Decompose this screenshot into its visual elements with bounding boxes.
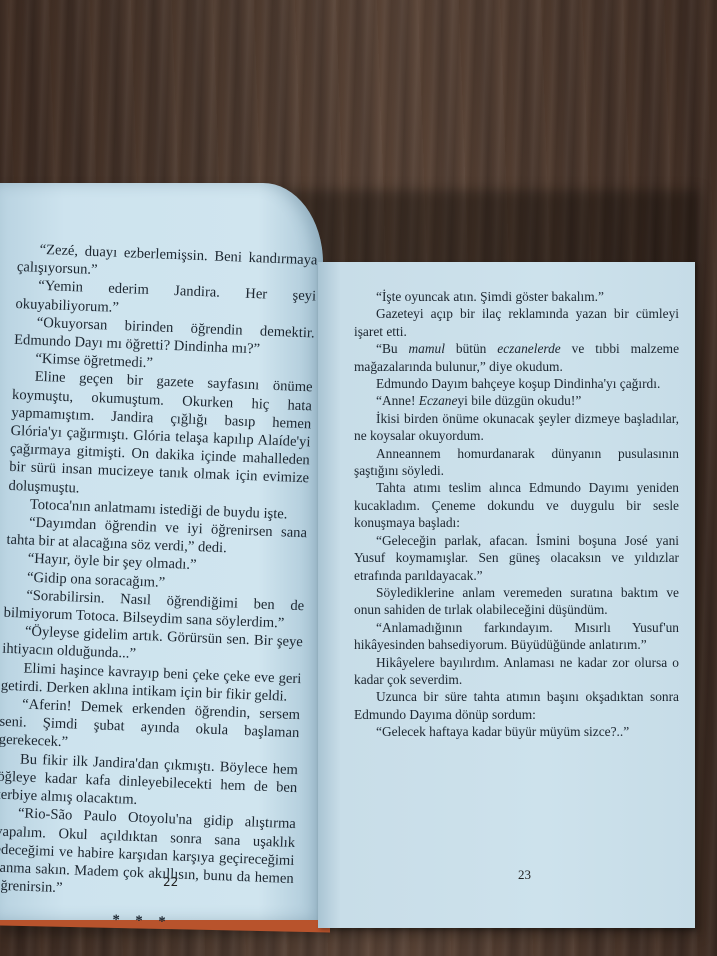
paragraph: İkisi birden önüme okunacak şeyler dizme… — [354, 410, 679, 445]
paragraph: “İşte oyuncak atın. Şimdi göster bakalım… — [354, 288, 679, 305]
page-number: 22 — [163, 873, 178, 891]
paragraph: “Gelecek haftaya kadar büyür müyüm sizce… — [354, 723, 679, 740]
paragraph: Tahta atımı teslim alınca Edmundo Dayımı… — [354, 479, 679, 531]
paragraph: Söylediklerine anlam veremeden suratına … — [354, 584, 679, 619]
right-page-text: “İşte oyuncak atın. Şimdi göster bakalım… — [354, 288, 679, 741]
text-run: yi bile düzgün okudu!” — [457, 393, 581, 408]
italic-word: Eczane — [419, 393, 458, 408]
paragraph: Anneannem homurdanarak dünyanın pusulası… — [354, 445, 679, 480]
paragraph: “Geleceğin parlak, afacan. İsmini boşuna… — [354, 532, 679, 584]
paragraph: Uzunca bir süre tahta atımın başını okşa… — [354, 688, 679, 723]
page-number: 23 — [518, 866, 531, 884]
paragraph: Hikâyelere bayılırdım. Anlaması ne kadar… — [354, 654, 679, 689]
paragraph: “Rio-São Paulo Otoyolu'na gidip alıştırm… — [0, 804, 296, 906]
italic-word: mamul — [409, 341, 445, 356]
italic-word: eczanelerde — [497, 341, 560, 356]
paragraph: Gazeteyi açıp bir ilaç reklamında yazan … — [354, 305, 679, 340]
paragraph: Edmundo Dayım bahçeye koşup Dindinha'yı … — [354, 375, 679, 392]
paragraph: “Bu mamul bütün eczanelerde ve tıbbi mal… — [354, 340, 679, 375]
right-page: “İşte oyuncak atın. Şimdi göster bakalım… — [318, 262, 695, 928]
paragraph: “Anne! Eczaneyi bile düzgün okudu!” — [354, 392, 679, 409]
left-page-text: “Zezé, duayı ezberlemişsin. Beni kandırm… — [0, 240, 318, 937]
paragraph: “Anlamadığının farkındayım. Mısırlı Yusu… — [354, 619, 679, 654]
left-page: “Zezé, duayı ezberlemişsin. Beni kandırm… — [0, 183, 323, 920]
text-run: “Anne! — [376, 393, 419, 408]
text-run: “Bu — [376, 341, 409, 356]
text-run: bütün — [445, 341, 497, 356]
paragraph: Eline geçen bir gazete sayfasını önüme k… — [8, 367, 313, 506]
